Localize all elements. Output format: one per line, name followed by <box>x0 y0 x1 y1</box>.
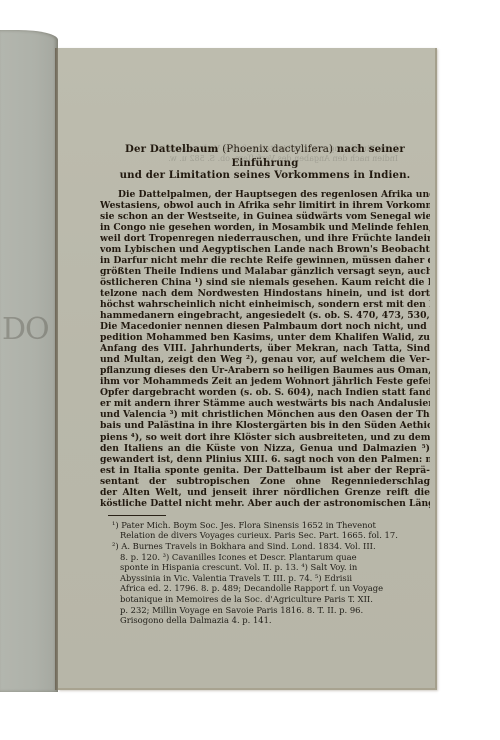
body-line: vom Lybischen und Aegyptischen Lande nac… <box>100 244 430 255</box>
body-line: telzone nach dem Nordwesten Hindostans h… <box>100 288 430 299</box>
body-line: sie schon an der Westseite, in Guinea sü… <box>100 211 430 222</box>
footnote-divider <box>108 515 166 516</box>
body-line: in Congo nie gesehen worden, in Mosambik… <box>100 222 430 233</box>
body-line: weil dort Tropenregen niederrauschen, un… <box>100 233 430 244</box>
footnote-line: ¹) Pater Mich. Boym Soc. Jes. Flora Sine… <box>100 520 430 531</box>
body-line: sentant der subtropischen Zone ohne Rege… <box>100 476 430 487</box>
left-page-bleed-through: DO <box>2 312 49 347</box>
body-line: gewandert ist, denn Plinius XIII. 6. sag… <box>100 454 430 465</box>
body-line: Die Dattelpalmen, der Hauptsegen des reg… <box>100 189 430 200</box>
right-page: ſeine Einführung, und die Limitation ſei… <box>58 48 437 690</box>
footnote-line: p. 232; Millin Voyage en Savoie Paris 18… <box>100 605 430 616</box>
page-text: Der Dattelbaum (Phoenix dactylifera) nac… <box>100 143 430 626</box>
body-line: er mit andern ihrer Stämme auch westwärt… <box>100 398 430 409</box>
body-line: und Valencia ³) mit christlichen Mönchen… <box>100 409 430 420</box>
footnote-line: Relation de divers Voyages curieux. Pari… <box>100 530 430 541</box>
body-line: hammedanern eingebracht, angesiedelt (s.… <box>100 310 430 321</box>
body-line: köstliche Dattel nicht mehr. Aber auch d… <box>100 498 430 509</box>
body-line: Westasiens, obwol auch in Afrika sehr li… <box>100 200 430 211</box>
footnotes: ¹) Pater Mich. Boym Soc. Jes. Flora Sine… <box>100 520 430 626</box>
footnote-line: Abyssinia in Vic. Valentia Travels T. II… <box>100 573 430 584</box>
body-line: bais und Palästina in ihre Klostergärten… <box>100 420 430 431</box>
footnote-line: sponte in Hispania crescunt. Vol. II. p.… <box>100 562 430 573</box>
body-line: Anfang des VIII. Jahrhunderts, über Mekr… <box>100 343 430 354</box>
body-line: est in Italia sponte genita. Der Dattelb… <box>100 465 430 476</box>
chapter-heading: Der Dattelbaum (Phoenix dactylifera) nac… <box>100 143 430 182</box>
body-line: und Multan, zeigt den Weg ²), genau vor,… <box>100 354 430 365</box>
heading-line-1: Der Dattelbaum (Phoenix dactylifera) nac… <box>100 143 430 169</box>
footnote-line: Africa ed. 2. 1796. 8. p. 489; Decandoll… <box>100 583 430 594</box>
body-line: in Darfur nicht mehr die rechte Reife ge… <box>100 255 430 266</box>
left-page: DO <box>0 30 58 692</box>
body-line: pflanzung dieses den Ur-Arabern so heili… <box>100 365 430 376</box>
body-line: pedition Mohammed ben Kasims, unter dem … <box>100 332 430 343</box>
body-line: Die Macedonier nennen diesen Palmbaum do… <box>100 321 430 332</box>
body-line: östlicheren China ¹) sind sie niemals ge… <box>100 277 430 288</box>
body-line: Opfer dargebracht worden (s. ob. S. 604)… <box>100 387 430 398</box>
footnote-line: botanique in Memoires de la Soc. d'Agric… <box>100 594 430 605</box>
footnote-line: Grisogono della Dalmazia 4. p. 141. <box>100 615 430 626</box>
footnote-line: ²) A. Burnes Travels in Bokhara and Sind… <box>100 541 430 552</box>
body-line: den Italiens an die Küste von Nizza, Gen… <box>100 443 430 454</box>
body-line: piens ⁴), so weit dort ihre Klöster sich… <box>100 432 430 443</box>
body-paragraph: Die Dattelpalmen, der Hauptsegen des reg… <box>100 189 430 509</box>
body-line: ihm vor Mohammeds Zeit an jedem Wohnort … <box>100 376 430 387</box>
footnote-line: 8. p. 120. ³) Cavanilles Icones et Descr… <box>100 552 430 563</box>
body-line: größten Theile Indiens und Malabar gänzl… <box>100 266 430 277</box>
heading-line-2: und der Limitation seines Vorkommens in … <box>100 169 430 182</box>
body-line: höchst wahrscheinlich nicht einheimisch,… <box>100 299 430 310</box>
body-line: der Alten Welt, und jenseit ihrer nördli… <box>100 487 430 498</box>
